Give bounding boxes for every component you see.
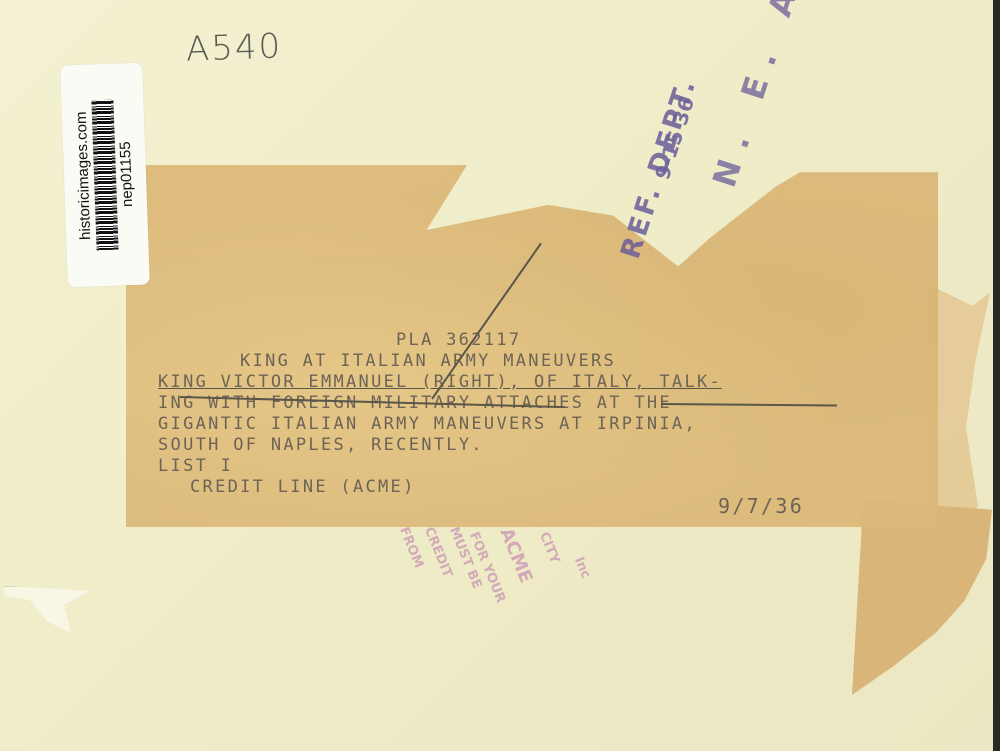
caption-date: 9/7/36 — [718, 496, 804, 517]
caption-title: KING AT ITALIAN ARMY MANEUVERS — [158, 351, 858, 372]
caption-line: GIGANTIC ITALIAN ARMY MANEUVERS AT IRPIN… — [158, 414, 858, 435]
caption-list: LIST I — [158, 456, 858, 477]
inventory-sticker: historicimages.com nep01155 — [60, 63, 150, 288]
sticker-code: nep01155 — [117, 141, 136, 207]
barcode-icon — [91, 100, 118, 251]
caption-line: SOUTH OF NAPLES, RECENTLY. — [158, 435, 858, 456]
typed-caption: PLA 362117 KING AT ITALIAN ARMY MANEUVER… — [158, 330, 858, 498]
caption-line: KING VICTOR EMMANUEL (RIGHT), OF ITALY, … — [158, 372, 858, 393]
sticker-site: historicimages.com — [73, 111, 94, 240]
faded-pink-stamp: FROM CREDIT MUST BE FOR YOUR ACME CITY I… — [390, 525, 600, 665]
pink-stamp-text: CITY — [536, 530, 562, 566]
caption-id: PLA 362117 — [158, 330, 858, 351]
pink-stamp-text: ACME — [496, 525, 537, 586]
photo-edge-shadow — [993, 0, 1000, 751]
pink-stamp-text: Inc — [571, 555, 593, 581]
handwritten-note: A540 — [185, 26, 282, 69]
